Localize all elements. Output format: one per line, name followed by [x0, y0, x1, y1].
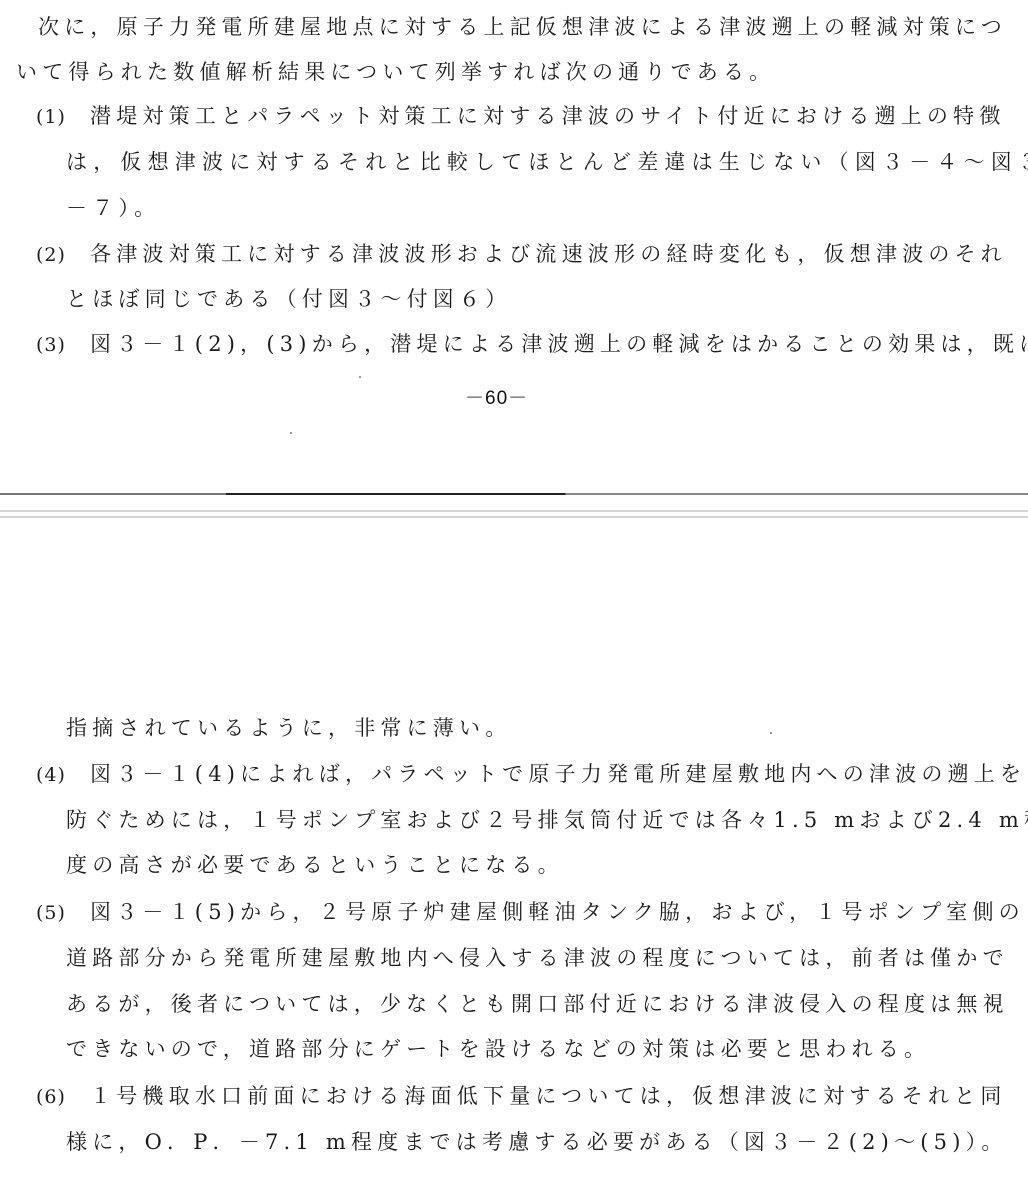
scan-speck: [770, 732, 772, 734]
page-number: －60－: [465, 383, 528, 410]
item-4-number: (4): [36, 760, 66, 790]
item-1-line-1: 潜堤対策工とパラペット対策工に対する津波のサイト付近における遡上の特徴: [90, 101, 1006, 131]
page-break-line: [0, 493, 1028, 495]
item-1-line-3: －７）。: [66, 193, 160, 223]
item-4-line-3: 度の高さが必要であるということになる。: [66, 850, 564, 880]
scan-speck: [359, 376, 361, 378]
item-4-line-1: 図３－１(4)によれば，パラペットで原子力発電所建屋敷地内への津波の遡上を: [90, 759, 1026, 789]
item-6-line-1: １号機取水口前面における海面低下量については，仮想津波に対するそれと同: [90, 1081, 1007, 1111]
item-5-line-1: 図３－１(5)から，２号原子炉建屋側軽油タンク脇，および，１号ポンプ室側の: [90, 897, 1025, 927]
item-5-line-2: 道路部分から発電所建屋敷地内へ侵入する津波の程度については，前者は僅かで: [66, 943, 1009, 973]
item-5-number: (5): [36, 898, 66, 928]
item-2-number: (2): [36, 240, 66, 270]
page-gap-border-top: [0, 510, 1028, 512]
continuation-line: 指摘されているように，非常に薄い。: [66, 713, 511, 743]
item-6-number: (6): [36, 1082, 66, 1112]
intro-line-1: 次に，原子力発電所建屋地点に対する上記仮想津波による津波遡上の軽減対策につ: [38, 12, 1007, 42]
intro-line-2: いて得られた数値解析結果について列挙すれば次の通りである。: [16, 57, 775, 87]
item-1-line-2: は，仮想津波に対するそれと比較してほとんど差違は生じない（図３－４～図３: [66, 147, 1028, 177]
item-5-line-4: できないので，道路部分にゲートを設けるなどの対策は必要と思われる。: [66, 1034, 930, 1064]
item-1-number: (1): [36, 102, 66, 132]
item-6-line-2: 様に，O．P．－7.1 m程度までは考慮する必要がある（図３－２(2)～(5)）…: [66, 1127, 1008, 1157]
item-3-number: (3): [36, 330, 66, 360]
item-4-line-2: 防ぐためには，１号ポンプ室および２号排気筒付近では各々1.5 mおよび2.4 m…: [66, 805, 1028, 835]
scan-speck: [290, 432, 292, 434]
item-2-line-1: 各津波対策工に対する津波波形および流速波形の経時変化も，仮想津波のそれ: [90, 239, 1007, 269]
page-gap-border-bottom: [0, 516, 1028, 518]
item-3-line-1: 図３－１(2)，(3)から，潜堤による津波遡上の軽減をはかることの効果は，既に: [90, 329, 1028, 359]
item-2-line-2: とほぼ同じである（付図３～付図６）: [66, 284, 511, 314]
item-5-line-3: あるが，後者については，少なくとも開口部付近における津波侵入の程度は無視: [66, 989, 1009, 1019]
